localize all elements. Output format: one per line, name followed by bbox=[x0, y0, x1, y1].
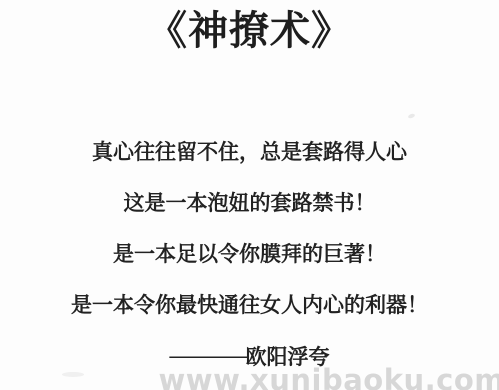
slogan-line-1: 真心往往留不住，总是套路得人心 bbox=[0, 142, 499, 163]
scan-noise-speck bbox=[62, 372, 84, 377]
slogan-line-2: 这是一本泡妞的套路禁书！ bbox=[0, 193, 499, 214]
scanned-book-page: 《神撩术》 真心往往留不住，总是套路得人心 这是一本泡妞的套路禁书！ 是一本足以… bbox=[0, 0, 499, 390]
site-watermark: www.xunibaoku.com bbox=[158, 366, 499, 390]
slogan-line-3: 是一本足以令你膜拜的巨著！ bbox=[0, 244, 499, 265]
slogan-line-4: 是一本令你最快通往女人内心的利器！ bbox=[0, 295, 499, 316]
book-title: 《神撩术》 bbox=[0, 8, 499, 54]
scan-noise-speck bbox=[408, 113, 416, 119]
